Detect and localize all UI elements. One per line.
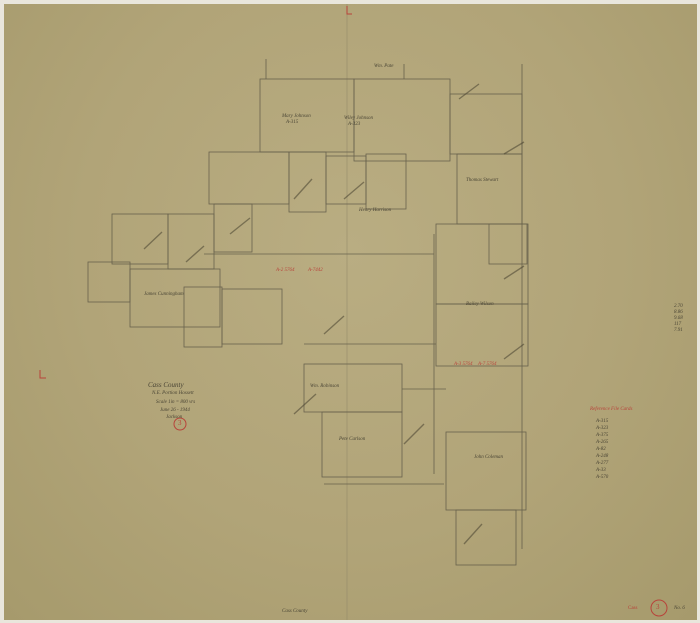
title-scale: Scale 1in = 800 vrs <box>156 400 195 405</box>
title-county: Cass County <box>148 381 184 389</box>
tract-label: Thomas Stewart <box>466 178 498 183</box>
footer-sheet: 3 <box>656 603 660 611</box>
map-sheet: Cass County N.E. Portion Hossett Scale 1… <box>4 4 697 620</box>
title-date: June 26 - 1944 <box>160 408 190 413</box>
reference-list-title: Reference File Cards <box>590 407 632 412</box>
tract-id: A-323 <box>348 122 360 127</box>
footer-note: No. 6 <box>674 606 685 611</box>
footer-code: Cass <box>628 606 637 611</box>
tract-id: A-315 <box>286 120 298 125</box>
red-annotation: A-7442 <box>308 268 323 273</box>
tract-label: Wm. Pate <box>374 64 393 69</box>
red-annotation: A-3 5764 <box>454 362 472 367</box>
tract-label: Wm. Robinson <box>310 384 339 389</box>
reference-list: A-315 A-323 A-375 A-265 A-82 A-248 A-277… <box>596 418 608 481</box>
margin-values: 2.70 8.86 9.68 117 7.91 <box>674 304 683 334</box>
tract-label: Wiley Johnson <box>344 116 373 121</box>
tract-label: John Coleman <box>474 455 503 460</box>
red-annotation: A-2 5764 <box>276 268 294 273</box>
tract-label: James Cunningham <box>144 292 184 297</box>
title-subtitle: N.E. Portion Hossett <box>152 391 194 396</box>
tract-label: Pete Carlson <box>339 437 365 442</box>
tract-label: Henry Harrison <box>359 208 391 213</box>
red-annotation: A-7 5764 <box>478 362 496 367</box>
survey-linework <box>4 4 697 620</box>
bottom-label: Cass County <box>282 609 307 614</box>
sheet-number: 3 <box>178 419 182 427</box>
tract-label: Mary Johnson <box>282 114 311 119</box>
tract-label: Bailey Wilson <box>466 302 494 307</box>
